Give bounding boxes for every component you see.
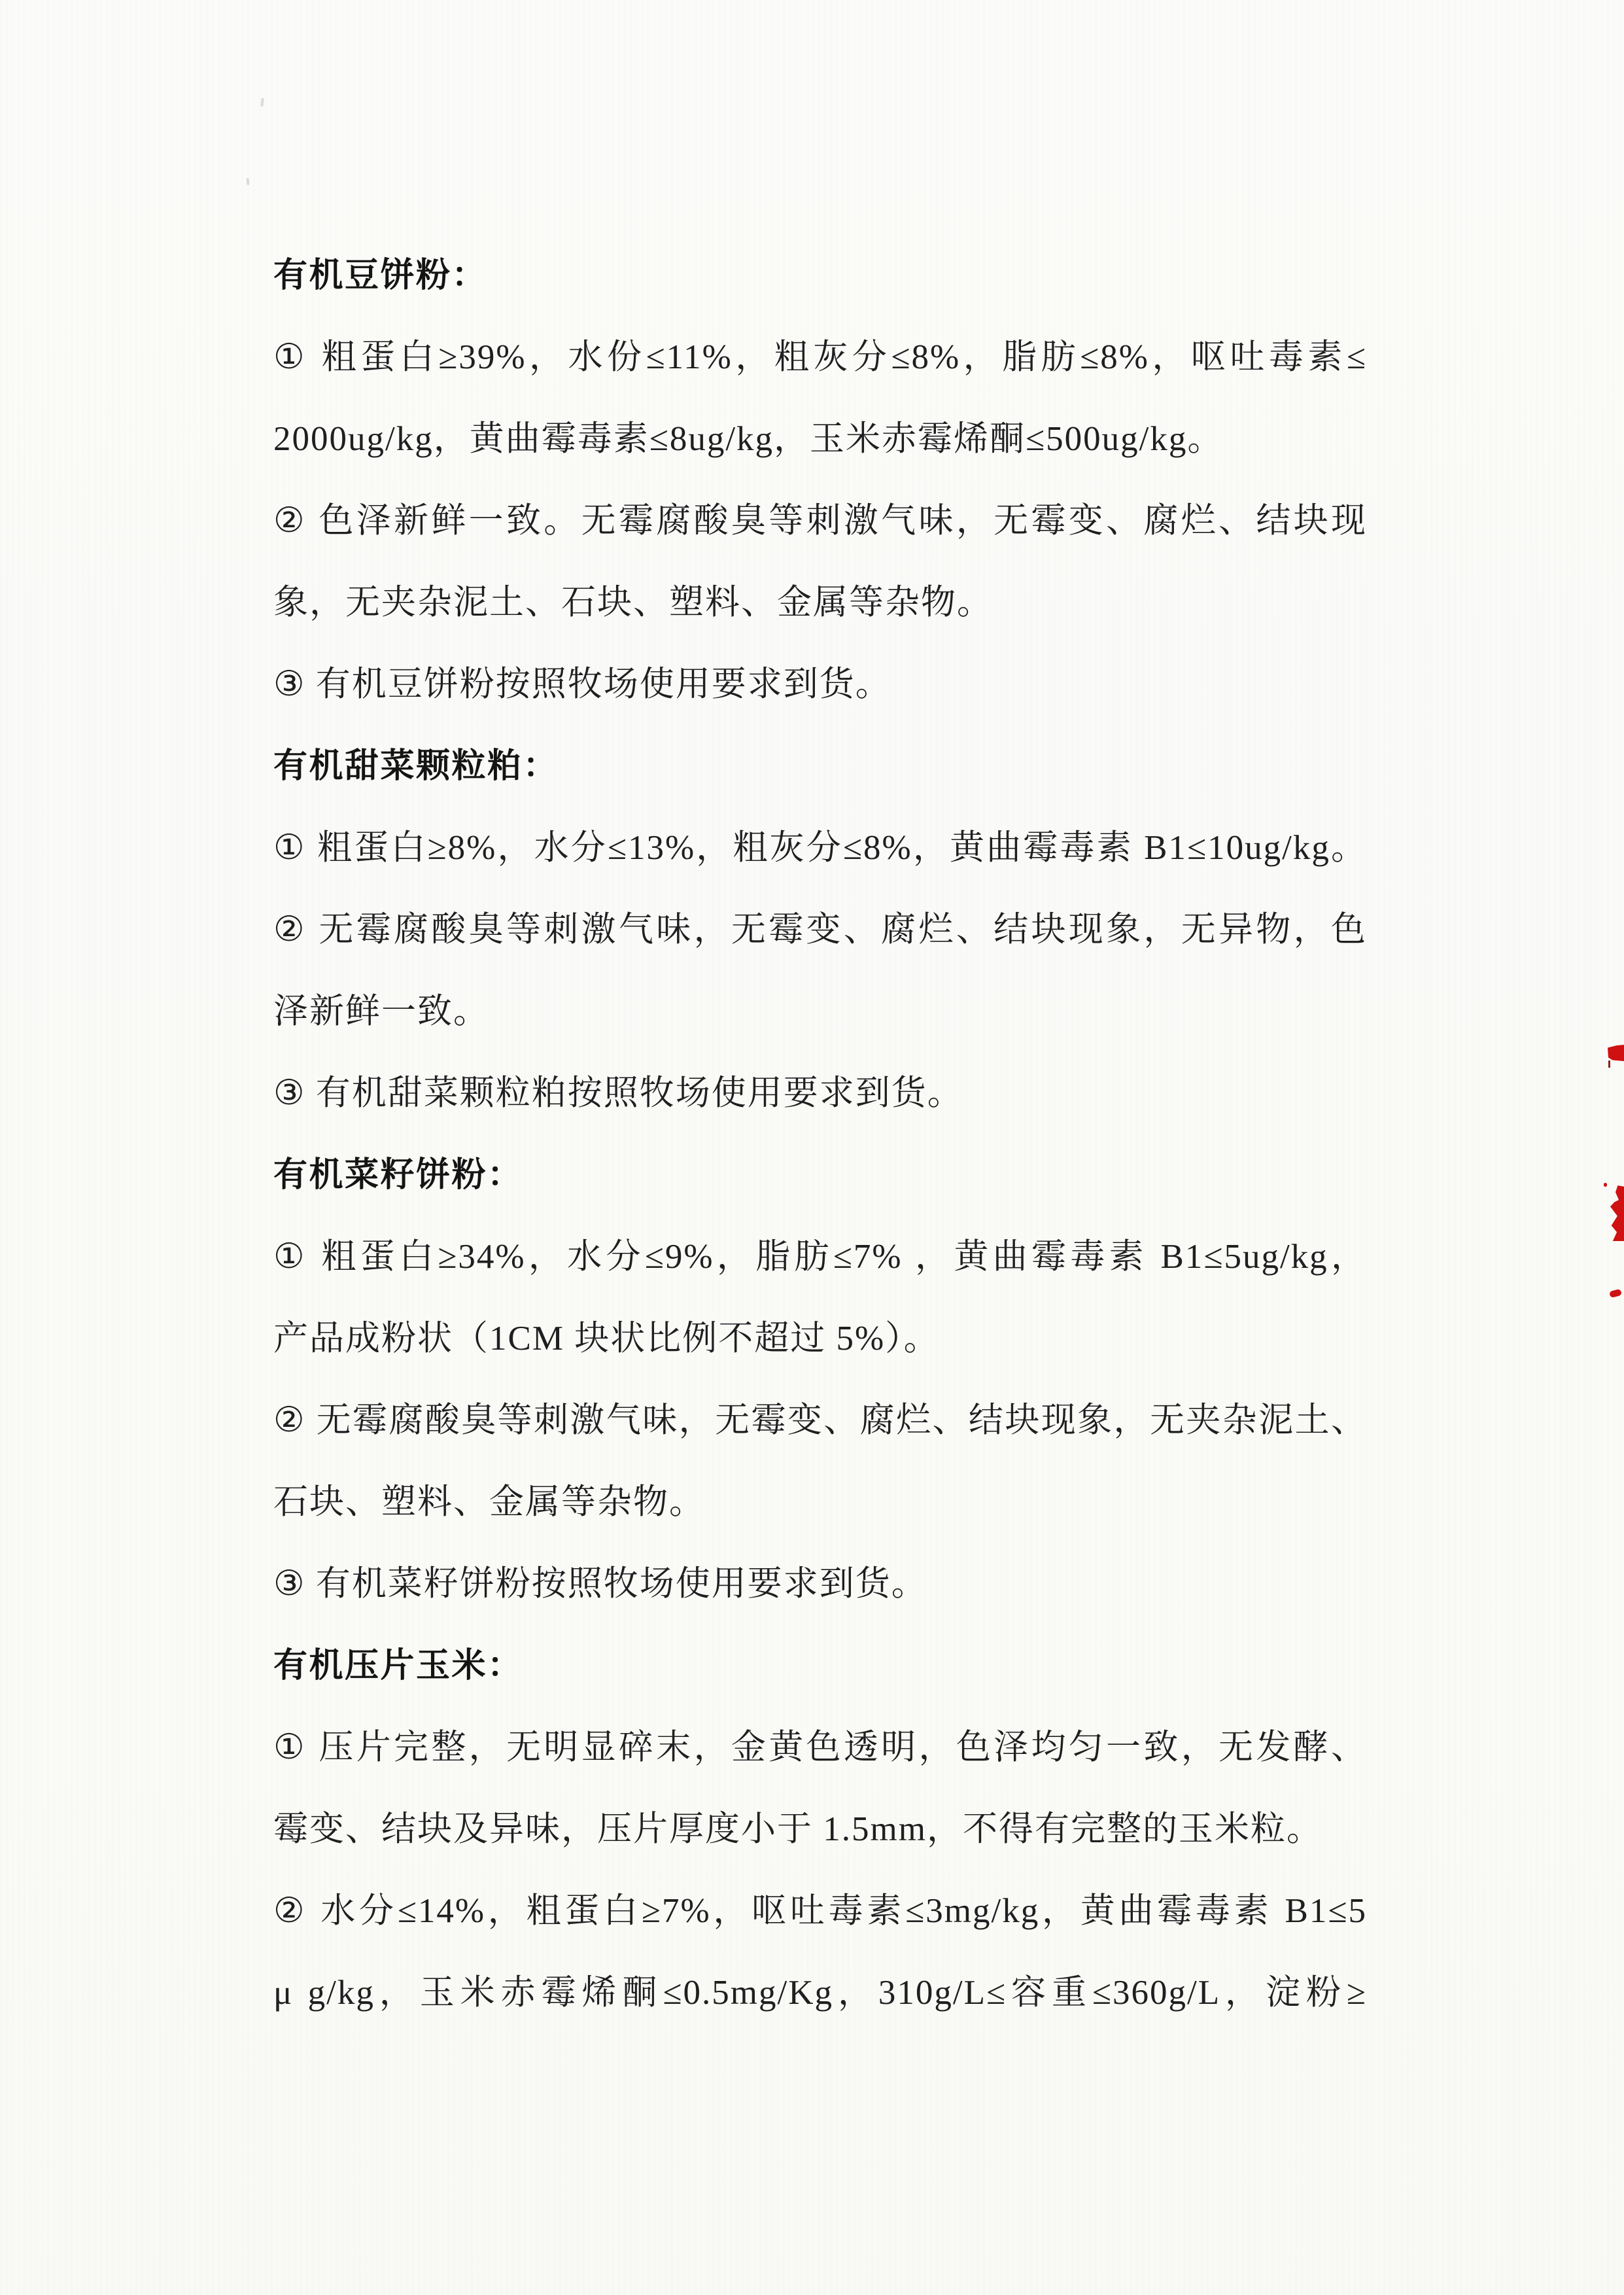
red-seal-fragment: [1604, 1183, 1607, 1187]
red-seal-fragment: [1608, 1060, 1610, 1068]
section-heading: 有机压片玉米：: [273, 1625, 1367, 1707]
section-organic-beet-pellet-meal: 有机甜菜颗粒粕： ① 粗蛋白≥8%，水分≤13%，粗灰分≤8%，黄曲霉毒素 B1…: [273, 726, 1367, 1134]
spec-line: ① 粗蛋白≥39%，水份≤11%，粗灰分≤8%，脂肪≤8%，呕吐毒素≤: [273, 317, 1367, 398]
section-heading: 有机豆饼粉：: [273, 235, 1367, 317]
spec-line: ① 粗蛋白≥8%，水分≤13%，粗灰分≤8%，黄曲霉毒素 B1≤10ug/kg。: [273, 807, 1367, 889]
section-organic-flaked-corn: 有机压片玉米： ① 压片完整，无明显碎末，金黄色透明，色泽均匀一致，无发酵、 霉…: [273, 1625, 1367, 2034]
spec-line: 石块、塑料、金属等杂物。: [273, 1462, 1367, 1543]
red-seal-fragment: [1608, 1045, 1624, 1061]
section-heading: 有机甜菜颗粒粕：: [273, 726, 1367, 807]
spec-line: 产品成粉状（1CM 块状比例不超过 5%）。: [273, 1298, 1367, 1380]
spec-line: 象，无夹杂泥土、石块、塑料、金属等杂物。: [273, 562, 1367, 644]
spec-line: ③ 有机甜菜颗粒粕按照牧场使用要求到货。: [273, 1053, 1367, 1134]
section-organic-soybean-cake-powder: 有机豆饼粉： ① 粗蛋白≥39%，水份≤11%，粗灰分≤8%，脂肪≤8%，呕吐毒…: [273, 235, 1367, 726]
spec-line: 泽新鲜一致。: [273, 971, 1367, 1053]
red-seal-fragment: [1610, 1185, 1624, 1241]
section-heading: 有机菜籽饼粉：: [273, 1134, 1367, 1216]
section-organic-rapeseed-cake-powder: 有机菜籽饼粉： ① 粗蛋白≥34%，水分≤9%，脂肪≤7% ，黄曲霉毒素 B1≤…: [273, 1134, 1367, 1625]
spec-line: ② 无霉腐酸臭等刺激气味，无霉变、腐烂、结块现象，无异物，色: [273, 889, 1367, 971]
red-seal-fragment: [1609, 1289, 1622, 1298]
spec-line: μ g/kg，玉米赤霉烯酮≤0.5mg/Kg，310g/L≤容重≤360g/L，…: [273, 1952, 1367, 2034]
spec-line: ③ 有机豆饼粉按照牧场使用要求到货。: [273, 644, 1367, 726]
spec-line: ③ 有机菜籽饼粉按照牧场使用要求到货。: [273, 1543, 1367, 1625]
spec-line: ① 压片完整，无明显碎末，金黄色透明，色泽均匀一致，无发酵、: [273, 1707, 1367, 1789]
spec-line: ② 色泽新鲜一致。无霉腐酸臭等刺激气味，无霉变、腐烂、结块现: [273, 480, 1367, 562]
document-text-block: 有机豆饼粉： ① 粗蛋白≥39%，水份≤11%，粗灰分≤8%，脂肪≤8%，呕吐毒…: [273, 235, 1367, 2034]
spec-line: 2000ug/kg，黄曲霉毒素≤8ug/kg，玉米赤霉烯酮≤500ug/kg。: [273, 398, 1367, 480]
spec-line: ② 水分≤14%，粗蛋白≥7%，呕吐毒素≤3mg/kg，黄曲霉毒素 B1≤5: [273, 1870, 1367, 1952]
scan-speck: [247, 178, 250, 185]
spec-line: ② 无霉腐酸臭等刺激气味，无霉变、腐烂、结块现象，无夹杂泥土、: [273, 1380, 1367, 1462]
scan-speck: [260, 98, 264, 107]
spec-line: 霉变、结块及异味，压片厚度小于 1.5mm，不得有完整的玉米粒。: [273, 1789, 1367, 1870]
spec-line: ① 粗蛋白≥34%，水分≤9%，脂肪≤7% ，黄曲霉毒素 B1≤5ug/kg，: [273, 1216, 1367, 1298]
document-page: 有机豆饼粉： ① 粗蛋白≥39%，水份≤11%，粗灰分≤8%，脂肪≤8%，呕吐毒…: [0, 0, 1624, 2295]
